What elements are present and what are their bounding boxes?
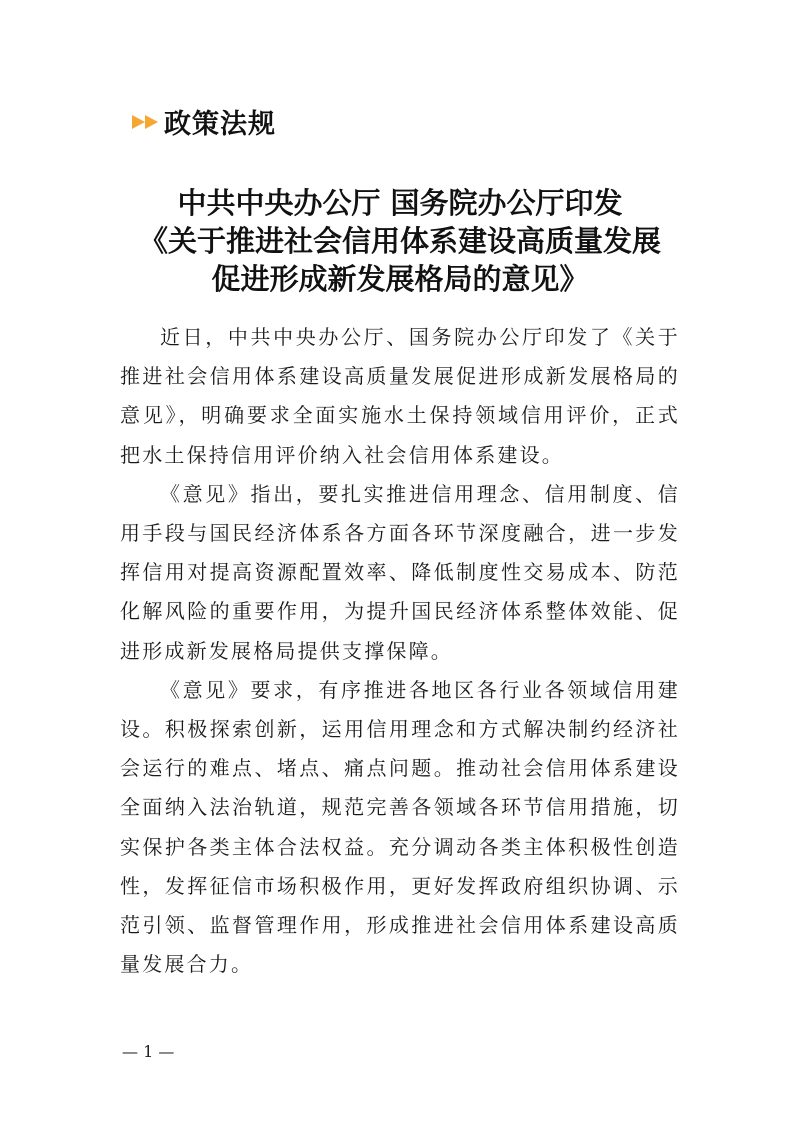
title-line: 中共中央办公厅 国务院办公厅印发 [0, 184, 800, 222]
double-arrow-icon [132, 115, 158, 129]
paragraph: 近日，中共中央办公厅、国务院办公厅印发了《关于推进社会信用体系建设高质量发展促进… [120, 318, 680, 475]
title-line: 《关于推进社会信用体系建设高质量发展 [0, 222, 800, 260]
page-number: — 1 — [122, 1042, 174, 1061]
paragraph: 《意见》指出，要扎实推进信用理念、信用制度、信用手段与国民经济体系各方面各环节深… [120, 475, 680, 671]
section-header: 政策法规 [132, 102, 276, 141]
paragraph: 《意见》要求，有序推进各地区各行业各领域信用建设。积极探索创新，运用信用理念和方… [120, 671, 680, 985]
section-title: 政策法规 [164, 102, 276, 141]
title-line: 促进形成新发展格局的意见》 [0, 260, 800, 298]
document-title: 中共中央办公厅 国务院办公厅印发 《关于推进社会信用体系建设高质量发展 促进形成… [0, 184, 800, 298]
document-body: 近日，中共中央办公厅、国务院办公厅印发了《关于推进社会信用体系建设高质量发展促进… [120, 318, 680, 984]
